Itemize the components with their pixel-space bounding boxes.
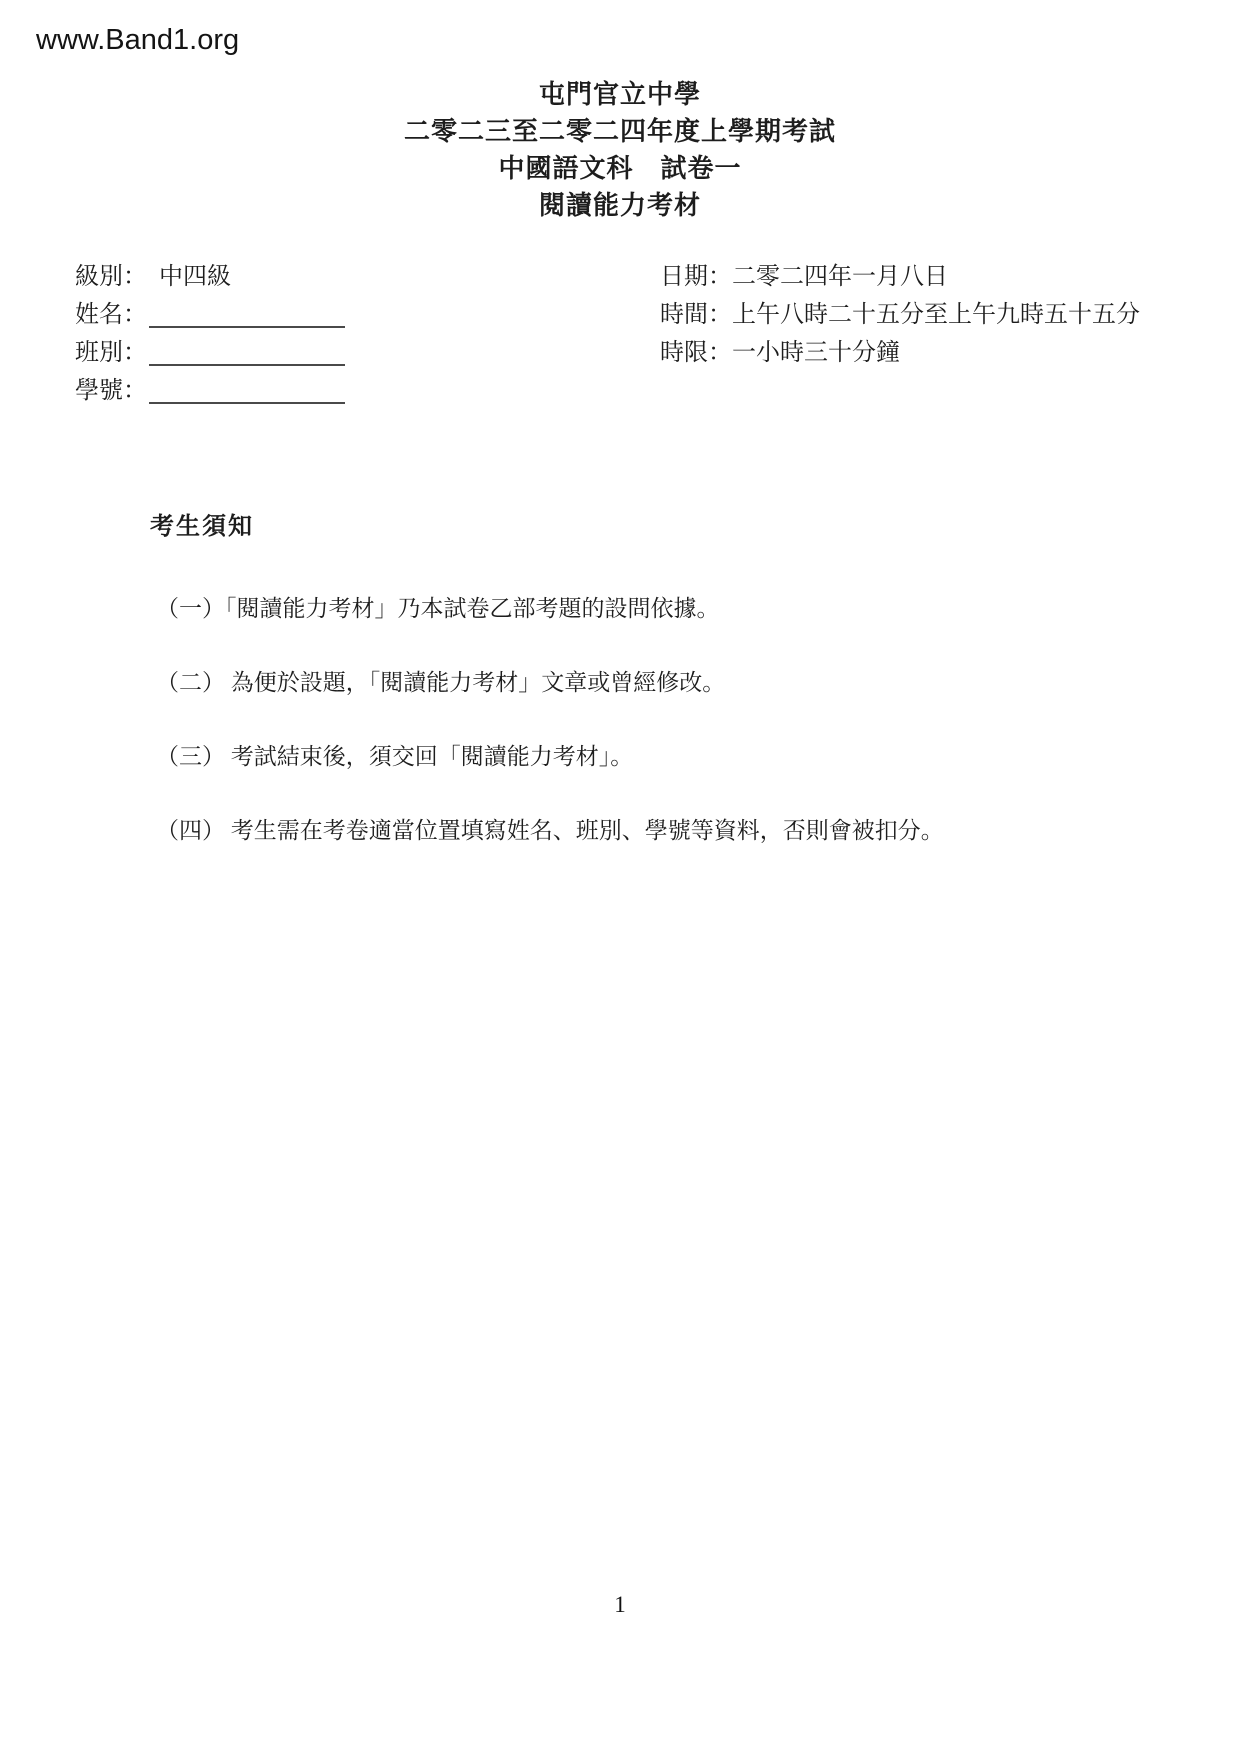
exam-info-block: 日期：二零二四年一月八日 時間：上午八時二十五分至上午九時五十五分 時限：一小時…	[660, 258, 1140, 372]
school-name: 屯門官立中學	[0, 76, 1240, 113]
name-blank-line	[149, 298, 345, 328]
class-level-row: 級別：中四級	[75, 258, 345, 296]
student-number-label: 學號：	[75, 378, 147, 404]
student-info-block: 級別：中四級 姓名： 班別： 學號：	[75, 258, 345, 410]
exam-year-title: 二零二三至二零二四年度上學期考試	[0, 113, 1240, 150]
name-row: 姓名：	[75, 296, 345, 334]
exam-cover-page: www.Band1.org 屯門官立中學 二零二三至二零二四年度上學期考試 中國…	[0, 0, 1240, 1754]
notice-item-3: （三） 考試結束後，須交回「閱讀能力考材」。	[156, 744, 1136, 770]
student-number-blank-line	[149, 374, 345, 404]
title-block: 屯門官立中學 二零二三至二零二四年度上學期考試 中國語文科 試卷一 閱讀能力考材	[0, 76, 1240, 224]
paper-name-title: 閱讀能力考材	[0, 187, 1240, 224]
name-label: 姓名：	[75, 302, 147, 328]
class-label: 班別：	[75, 340, 147, 366]
notice-item-4: （四） 考生需在考卷適當位置填寫姓名、班別、學號等資料，否則會被扣分。	[156, 818, 1136, 844]
watermark-text: www.Band1.org	[36, 24, 239, 57]
notice-item-2: （二） 為便於設題，「閱讀能力考材」文章或曾經修改。	[156, 670, 1136, 696]
notice-heading: 考生須知	[150, 506, 254, 541]
notice-list: （一）「閱讀能力考材」乃本試卷乙部考題的設問依據。 （二） 為便於設題，「閱讀能…	[156, 596, 1136, 892]
student-number-row: 學號：	[75, 372, 345, 410]
class-blank-line	[149, 336, 345, 366]
exam-duration: 時限：一小時三十分鐘	[660, 334, 1140, 372]
exam-time: 時間：上午八時二十五分至上午九時五十五分	[660, 296, 1140, 334]
notice-item-1: （一）「閱讀能力考材」乃本試卷乙部考題的設問依據。	[156, 596, 1136, 622]
class-level-label: 級別：	[75, 264, 147, 290]
subject-paper-title: 中國語文科 試卷一	[0, 150, 1240, 187]
class-row: 班別：	[75, 334, 345, 372]
exam-date: 日期：二零二四年一月八日	[660, 258, 1140, 296]
page-number: 1	[0, 1592, 1240, 1618]
class-level-value: 中四級	[159, 264, 231, 290]
